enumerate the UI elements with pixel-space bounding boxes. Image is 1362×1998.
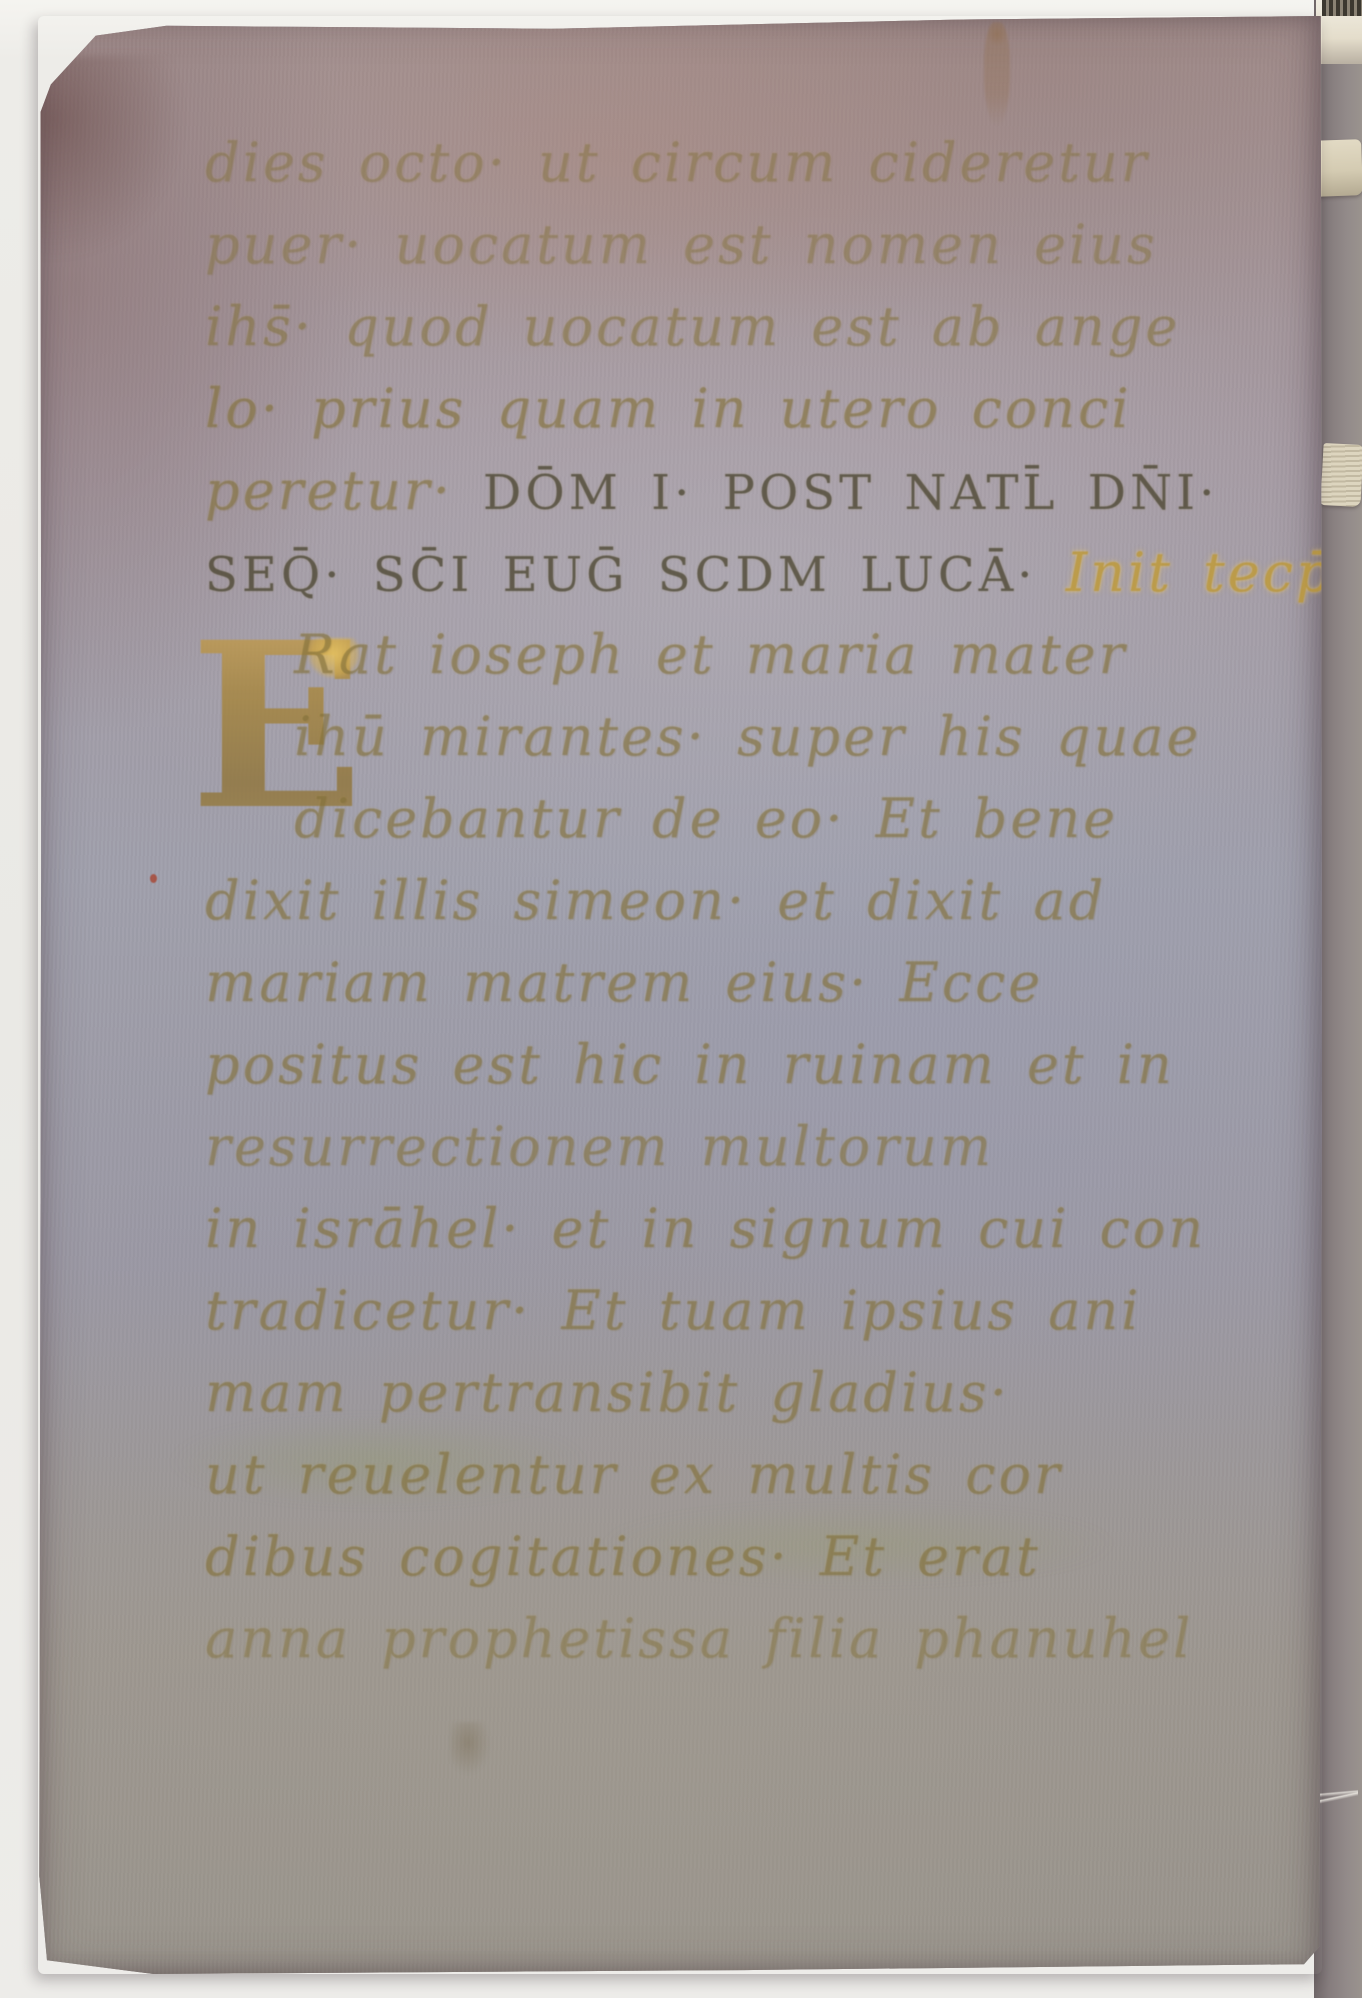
manuscript-text-segment: peretur· bbox=[205, 459, 483, 522]
manuscript-text-segment: resurrectionem multorum bbox=[205, 1115, 994, 1178]
manuscript-text-segment: dibus cogitationes· Et erat bbox=[205, 1525, 1041, 1588]
manuscript-text-segment: DŌM I· POST NATL̄ DN̄I· bbox=[483, 465, 1218, 521]
manuscript-text-segment: ihū mirantes· super his quae bbox=[294, 705, 1201, 768]
manuscript-text-segment: lo· prius quam in utero conci bbox=[205, 377, 1132, 440]
manuscript-line: mam pertransibit gladius· bbox=[205, 1358, 1325, 1436]
manuscript-text-segment: dicebantur de eo· Et bene bbox=[294, 787, 1118, 850]
manuscript-text-segment: ut reuelentur ex multis cor bbox=[205, 1443, 1063, 1506]
manuscript-line: positus est hic in ruinam et in bbox=[205, 1030, 1325, 1108]
manuscript-line: dicebantur de eo· Et bene bbox=[294, 784, 1362, 862]
manuscript-text-segment: puer· uocatum est nomen eius bbox=[205, 213, 1158, 276]
manuscript-text-segment: dixit illis simeon· et dixit ad bbox=[205, 869, 1106, 932]
manuscript-line: anna prophetissa filia phanuhel bbox=[205, 1604, 1325, 1682]
manuscript-line: lo· prius quam in utero conci bbox=[205, 374, 1325, 452]
binding-tab bbox=[1320, 443, 1362, 507]
manuscript-text-segment: ihs̄· quod uocatum est ab ange bbox=[205, 295, 1180, 358]
edge-scratches bbox=[1318, 1730, 1358, 1870]
photo-backdrop: E dies octo· ut circum cidereturpuer· uo… bbox=[0, 0, 1362, 1998]
manuscript-text-segment: mam pertransibit gladius· bbox=[205, 1361, 1010, 1424]
manuscript-line: dixit illis simeon· et dixit ad bbox=[205, 866, 1325, 944]
manuscript-leaf: E dies octo· ut circum cidereturpuer· uo… bbox=[38, 16, 1322, 1974]
manuscript-line: dies octo· ut circum cideretur bbox=[205, 128, 1325, 206]
manuscript-line: in isrāhel· et in signum cui con bbox=[205, 1194, 1325, 1272]
manuscript-text-segment: in isrāhel· et in signum cui con bbox=[205, 1197, 1206, 1260]
manuscript-line: resurrectionem multorum bbox=[205, 1112, 1325, 1190]
binding-threads bbox=[1322, 0, 1362, 16]
manuscript-line: dibus cogitationes· Et erat bbox=[205, 1522, 1325, 1600]
manuscript-text-segment: tradicetur· Et tuam ipsius ani bbox=[205, 1279, 1141, 1342]
manuscript-line: ihū mirantes· super his quae bbox=[294, 702, 1362, 780]
manuscript-line: puer· uocatum est nomen eius bbox=[205, 210, 1325, 288]
manuscript-line: mariam matrem eius· Ecce bbox=[205, 948, 1325, 1026]
manuscript-text-segment: anna prophetissa filia phanuhel bbox=[205, 1607, 1193, 1670]
manuscript-line: ut reuelentur ex multis cor bbox=[205, 1440, 1325, 1518]
manuscript-line: SEQ̄· SC̄I EUḠ SCDM LUCĀ· Init tecp̄ bbox=[205, 538, 1325, 616]
text-block: dies octo· ut circum cidereturpuer· uoca… bbox=[38, 16, 1322, 1974]
manuscript-line: ihs̄· quod uocatum est ab ange bbox=[205, 292, 1325, 370]
manuscript-text-segment: mariam matrem eius· Ecce bbox=[205, 951, 1043, 1014]
manuscript-text-segment: dies octo· ut circum cideretur bbox=[205, 131, 1149, 194]
manuscript-line: peretur· DŌM I· POST NATL̄ DN̄I· bbox=[205, 456, 1325, 534]
manuscript-text-segment: Init tecp̄ bbox=[1066, 541, 1334, 604]
manuscript-line: Rat ioseph et maria mater bbox=[294, 620, 1362, 698]
manuscript-text-segment: positus est hic in ruinam et in bbox=[205, 1033, 1175, 1096]
manuscript-line: tradicetur· Et tuam ipsius ani bbox=[205, 1276, 1325, 1354]
manuscript-text-segment: Rat ioseph et maria mater bbox=[294, 623, 1127, 686]
manuscript-text-segment: SEQ̄· SC̄I EUḠ SCDM LUCĀ· bbox=[205, 547, 1066, 603]
